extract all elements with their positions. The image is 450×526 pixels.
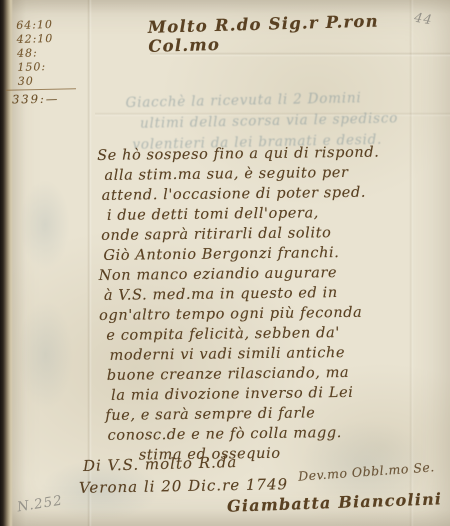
letter-salutation: Molto R.do Sig.r P.ron Col.mo: [148, 10, 429, 56]
letter-valediction: Di V.S. molto R.da: [83, 453, 238, 475]
vertical-fold-crease: [87, 0, 92, 526]
account-entry: 30: [18, 73, 88, 89]
catalog-number: N.252: [16, 492, 64, 515]
account-sum-rule: [6, 88, 76, 91]
bleedthrough-smudge: [20, 180, 70, 270]
account-total: 339:—: [12, 92, 60, 107]
letter-place-date: Verona li 20 Dic.re 1749: [79, 475, 288, 497]
letter-body: Se hò sospeso fino a qui di rispond. all…: [95, 142, 425, 466]
binding-edge: [0, 0, 13, 526]
account-figures-column: 64:10 42:10 48: 150: 30: [16, 17, 88, 89]
bleedthrough-smudge: [18, 300, 73, 410]
letter-line: Se hò sospeso fino a qui di rispond.: [97, 142, 421, 166]
manuscript-letter-scan: 64:10 42:10 48: 150: 30 339:— 44 Molto R…: [0, 0, 450, 526]
